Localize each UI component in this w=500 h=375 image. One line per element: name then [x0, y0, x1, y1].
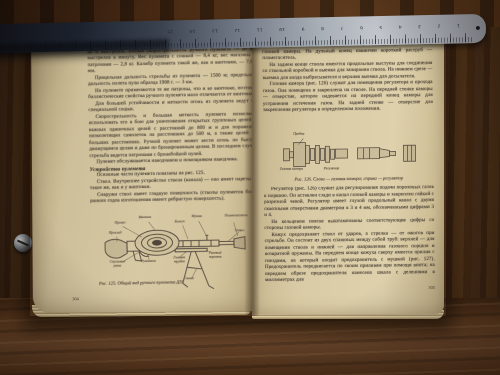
right-page-text-lower: Регулятор (рис. 126) служит для регулиро…	[264, 185, 435, 285]
figure-label-priklad: Приклад	[109, 231, 122, 235]
figure-label-plamegasitel: Пламегаситель	[224, 214, 244, 218]
figure-label-stvol: Ствол	[235, 229, 245, 233]
page-number-left: 304	[72, 296, 79, 301]
ruler-hanging-hole	[476, 26, 480, 30]
figure-label-gazovaya-trubka: Газовая трубка	[169, 256, 189, 264]
figure-label-spuskovaya-rama: Спусковая рама	[107, 260, 127, 268]
paragraph: Скорострельность и большая меткость пуле…	[89, 111, 255, 160]
figure-label-magazin: Магазин	[138, 216, 151, 220]
paragraph: Газовая камора (рис. 126) служит для пом…	[263, 80, 433, 115]
machine-gun-figure: Приклад Прицел Магазин Кожух Мушка Пламе…	[86, 212, 254, 301]
right-page-text: вое отверстие, прикрытое снаружи кожухом…	[262, 41, 433, 135]
figure-label-pritsel: Прицел	[115, 221, 126, 225]
right-page: вое отверстие, прикрытое снаружи кожухом…	[252, 30, 444, 314]
paragraph: Снаружи ствол имеет гладкую поверхность …	[90, 190, 255, 206]
figure-label-rukoyatka: Рукоятка	[141, 260, 155, 264]
open-book: Огонь из пулемета ведется, как правило, …	[28, 30, 448, 318]
gun-barrel-jacket	[175, 240, 219, 247]
figure-label-mushka: Мушка	[191, 215, 201, 219]
figure-label-kozhukh: Кожух	[175, 220, 185, 224]
paragraph: Кожух предохраняет ствол от ударов, а ст…	[264, 230, 435, 284]
ruler-scale-numbers: 1 2 3 4 5 6 7 8 9 10 11 12 13 14 15	[148, 18, 460, 34]
page-number-right: 305	[265, 285, 435, 292]
figure-label-regulyator: Регулятор	[324, 167, 340, 171]
paragraph: Регулятор (рис. 126) служит для регулиро…	[264, 185, 434, 220]
paragraph: На заднем конце ствола имеются продольны…	[262, 60, 432, 82]
figure-label-gazovy-porshen: Газовый поршень	[205, 251, 225, 259]
left-page-text: Огонь из пулемета ведется, как правило, …	[87, 40, 255, 213]
gas-chamber-figure: Пробка Газовая камора Регулятор	[279, 135, 429, 173]
gas-chamber-body	[293, 143, 305, 167]
regulator-body	[357, 148, 379, 159]
book-gutter-shadow	[244, 30, 260, 316]
regulator-nut	[403, 145, 415, 161]
photo-of-open-book: Огонь из пулемета ведется, как правило, …	[0, 0, 500, 375]
left-page: Огонь из пулемета ведется, как правило, …	[31, 35, 255, 313]
gun-stock	[105, 239, 127, 258]
gun-gas-tube	[175, 248, 207, 252]
figure-label-probka: Пробка	[293, 133, 304, 137]
figure-label-gazovaya-kamora: Газовая камора	[280, 168, 303, 172]
figure-126-caption: Рис. 126. Слева — газовая камора; справа…	[262, 175, 436, 182]
